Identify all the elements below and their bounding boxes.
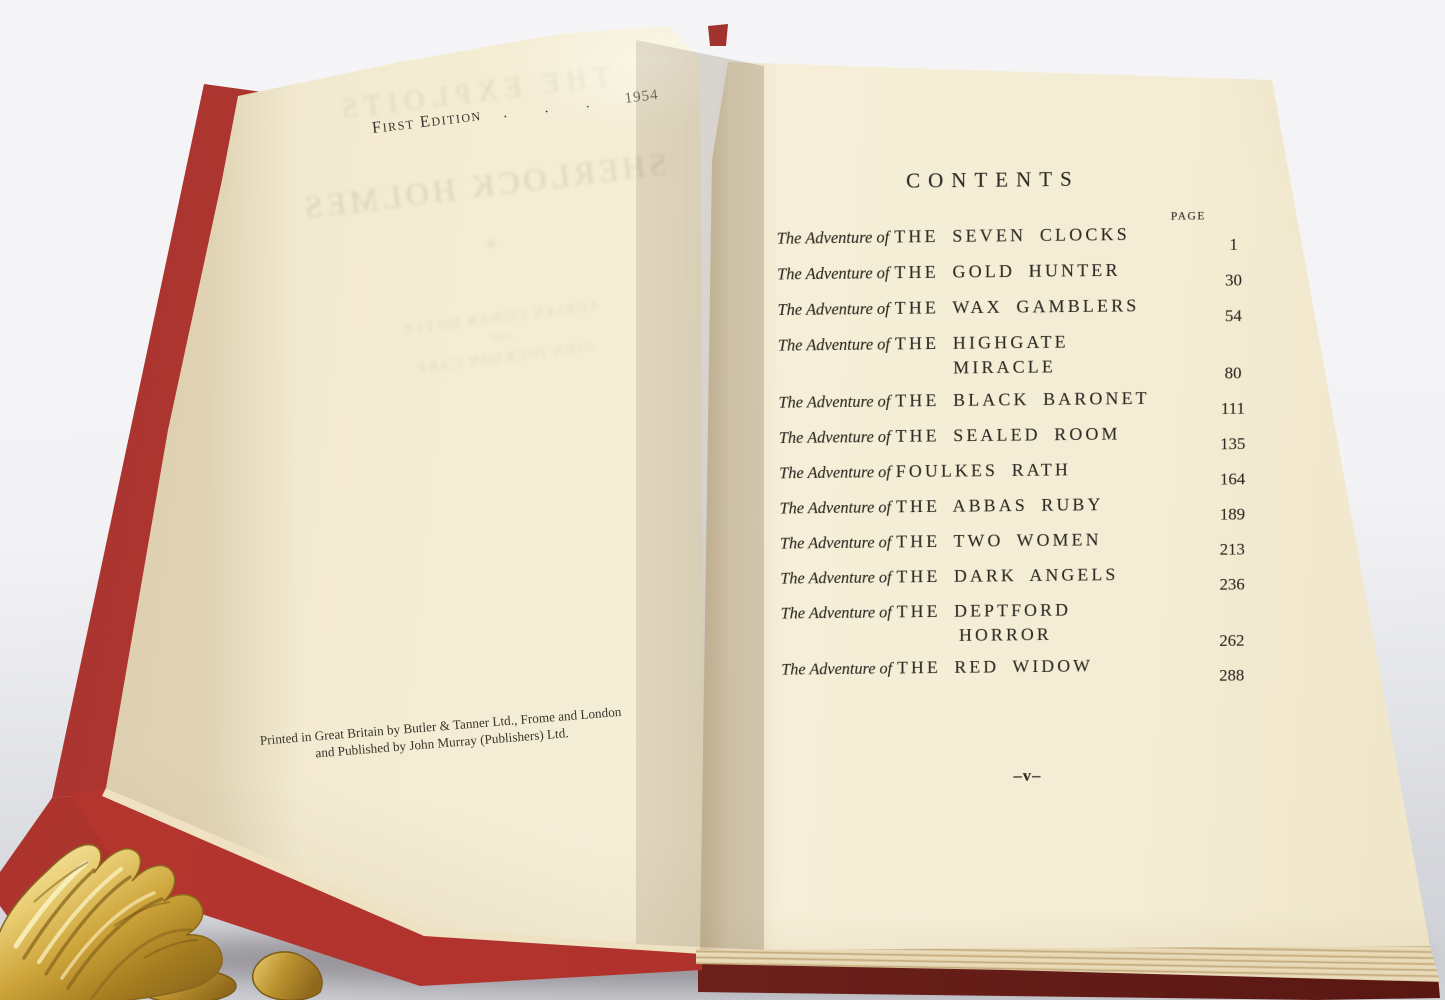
toc-page-number: 236 (1191, 575, 1274, 595)
toc-entry-name-line2: HORROR (781, 622, 1191, 648)
ghost-title-line2: SHERLOCK HOLMES (273, 142, 694, 230)
toc-entry-name: THE SEVEN CLOCKS (894, 224, 1130, 246)
book-photo-scene: THE EXPLOITS SHERLOCK HOLMES ✳ ADRIAN CO… (0, 0, 1445, 1000)
toc-entry-title: The Adventure ofTHE ABBAS RUBY (779, 492, 1191, 522)
toc-list: The Adventure ofTHE SEVEN CLOCKS1The Adv… (777, 221, 1276, 683)
toc-entry-name: THE BLACK BARONET (895, 388, 1150, 410)
toc-page-number: 164 (1191, 469, 1274, 489)
toc-entry-prefix: The Adventure of (779, 427, 891, 447)
toc-entry-title: The Adventure ofTHE WAX GAMBLERS (777, 293, 1191, 323)
toc-page-number: 1 (1192, 235, 1276, 256)
toc-page-number: 135 (1191, 434, 1274, 454)
toc-entry-title: The Adventure ofTHE SEVEN CLOCKS (777, 221, 1192, 251)
toc-entry-prefix: The Adventure of (781, 659, 892, 678)
toc-row: The Adventure ofTHE BLACK BARONET111 (778, 385, 1274, 416)
toc-page-number: 111 (1191, 399, 1274, 420)
toc-entry-name: THE WAX GAMBLERS (895, 295, 1140, 317)
toc-entry-name: THE ABBAS RUBY (896, 494, 1104, 516)
folio-page-number: –v– (782, 764, 1272, 788)
toc-entry-prefix: The Adventure of (778, 392, 890, 412)
toc-row: The Adventure ofTHE HIGHGATEMIRACLE80 (778, 328, 1275, 381)
toc-entry-name-line2: MIRACLE (778, 354, 1191, 380)
toc-page-number: 54 (1192, 306, 1276, 327)
page-column-label: PAGE (1171, 210, 1206, 222)
toc-entry-title: The Adventure ofFOULKES RATH (779, 456, 1191, 486)
toc-entry-name: THE DEPTFORD (897, 600, 1071, 621)
toc-entry-title: The Adventure ofTHE RED WIDOW (781, 653, 1190, 682)
table-of-contents: CONTENTS PAGE The Adventure ofTHE SEVEN … (776, 160, 1276, 788)
toc-row: The Adventure ofTHE DARK ANGELS236 (780, 561, 1273, 591)
toc-page-number: 189 (1191, 504, 1274, 524)
gilded-hand-stand (0, 806, 342, 1000)
toc-entry-title: The Adventure ofTHE TWO WOMEN (780, 527, 1191, 557)
toc-entry-prefix: The Adventure of (780, 533, 891, 553)
toc-entry-prefix: The Adventure of (778, 335, 890, 355)
toc-entry-title: The Adventure ofTHE DARK ANGELS (780, 562, 1191, 592)
toc-entry-name: THE TWO WOMEN (896, 530, 1101, 552)
toc-entry-prefix: The Adventure of (780, 498, 892, 518)
edition-dot-leaders: . . . (502, 95, 592, 121)
toc-row: The Adventure ofTHE WAX GAMBLERS54 (777, 292, 1275, 323)
toc-page-number: 262 (1190, 631, 1273, 651)
toc-entry-prefix: The Adventure of (779, 462, 891, 482)
toc-page-number: 30 (1192, 270, 1276, 291)
edition-statement: First Edition . . . 1954 (371, 85, 651, 138)
toc-entry-title: The Adventure ofTHE GOLD HUNTER (777, 257, 1192, 287)
contents-heading: CONTENTS (906, 167, 1080, 194)
toc-page-number: 288 (1190, 666, 1273, 686)
toc-entry-name: THE HIGHGATE (895, 332, 1069, 354)
toc-row: The Adventure ofTHE SEALED ROOM135 (779, 420, 1275, 451)
toc-row: The Adventure ofTHE SEVEN CLOCKS1 (777, 221, 1276, 252)
toc-row: The Adventure ofTHE DEPTFORDHORROR262 (781, 596, 1274, 648)
printer-imprint: Printed in Great Britain by Butler & Tan… (221, 701, 662, 769)
toc-entry-title: The Adventure ofTHE HIGHGATEMIRACLE (778, 329, 1192, 381)
toc-entry-title: The Adventure ofTHE SEALED ROOM (779, 421, 1191, 451)
toc-entry-name: THE RED WIDOW (897, 656, 1093, 677)
edition-label: First Edition (371, 105, 483, 137)
toc-entry-prefix: The Adventure of (777, 263, 889, 283)
toc-entry-name: THE SEALED ROOM (895, 424, 1120, 446)
toc-entry-title: The Adventure ofTHE DEPTFORDHORROR (781, 597, 1191, 648)
contents-area: CONTENTS PAGE The Adventure ofTHE SEVEN … (776, 165, 1276, 925)
toc-entry-prefix: The Adventure of (781, 603, 892, 623)
toc-entry-prefix: The Adventure of (777, 299, 889, 319)
toc-row: The Adventure ofTHE GOLD HUNTER30 (777, 256, 1275, 287)
toc-row: The Adventure ofTHE ABBAS RUBY189 (779, 491, 1274, 521)
toc-row: The Adventure ofTHE TWO WOMEN213 (780, 526, 1274, 556)
toc-entry-name: THE DARK ANGELS (896, 565, 1118, 587)
toc-page-number: 213 (1191, 540, 1274, 560)
toc-entry-name: FOULKES RATH (896, 460, 1071, 481)
toc-row: The Adventure ofTHE RED WIDOW288 (781, 652, 1273, 682)
toc-entry-title: The Adventure ofTHE BLACK BARONET (778, 386, 1191, 416)
toc-row: The Adventure ofFOULKES RATH164 (779, 456, 1274, 487)
toc-entry-prefix: The Adventure of (777, 228, 890, 248)
toc-page-number: 80 (1191, 363, 1275, 384)
toc-entry-name: THE GOLD HUNTER (894, 260, 1120, 282)
gold-hand-shape (0, 845, 222, 1000)
toc-entry-prefix: The Adventure of (780, 568, 891, 588)
